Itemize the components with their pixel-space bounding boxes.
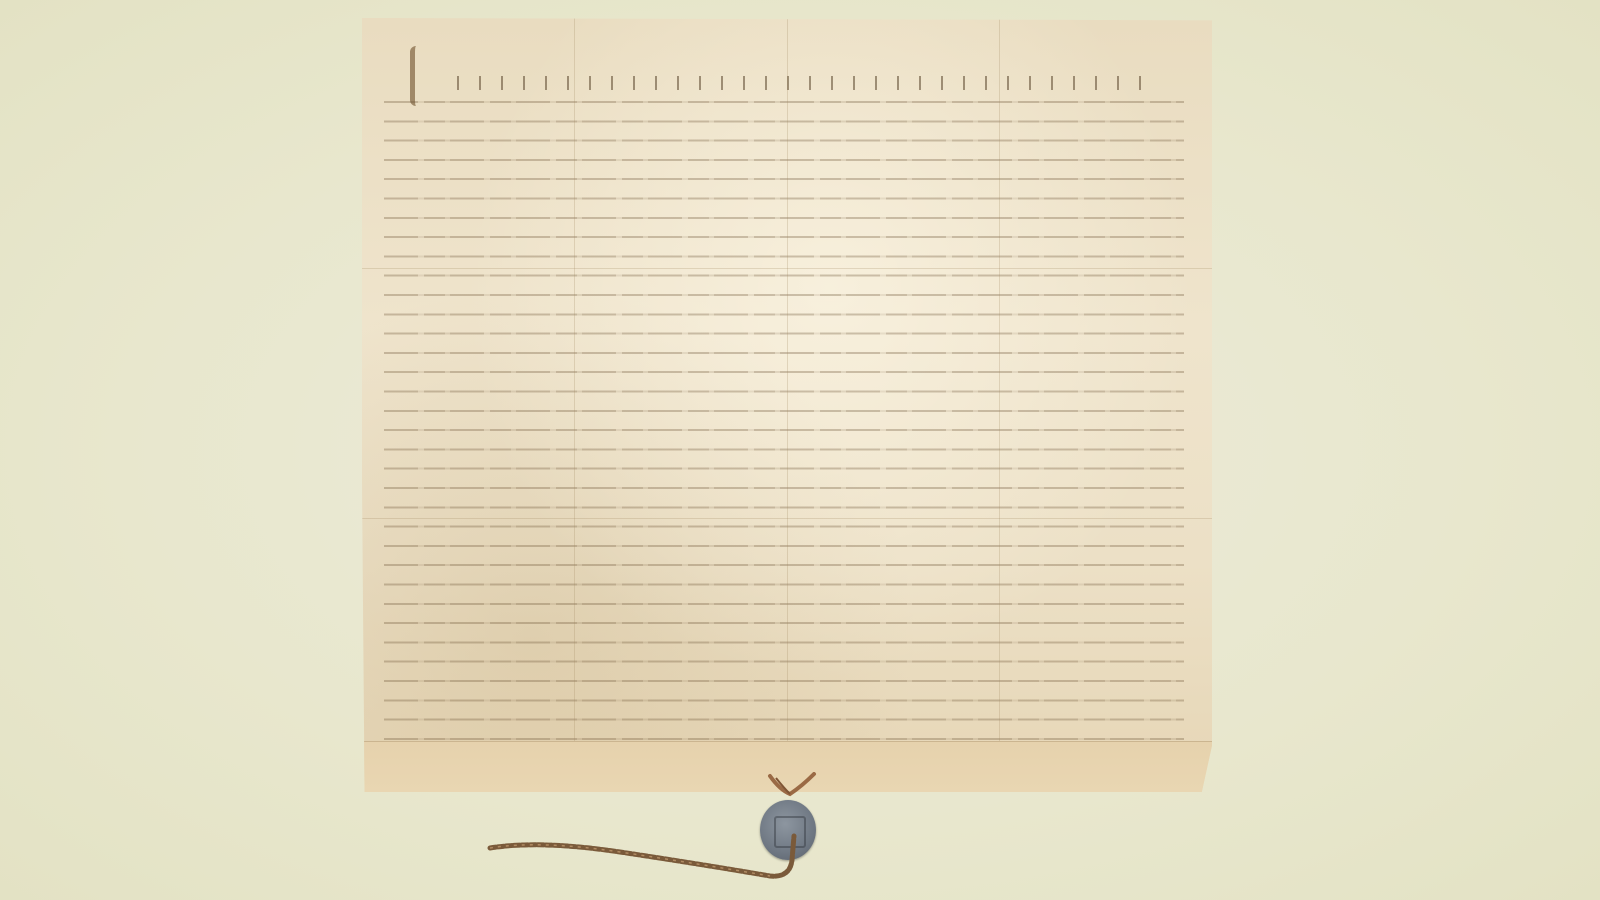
- fold-crease: [999, 18, 1000, 792]
- fold-crease: [574, 18, 575, 792]
- fold-crease: [787, 18, 788, 792]
- parchment-document: [362, 18, 1212, 792]
- seal-tie-icon: [762, 772, 822, 802]
- handwritten-text-block: [384, 88, 1184, 748]
- cord-icon: [480, 830, 820, 890]
